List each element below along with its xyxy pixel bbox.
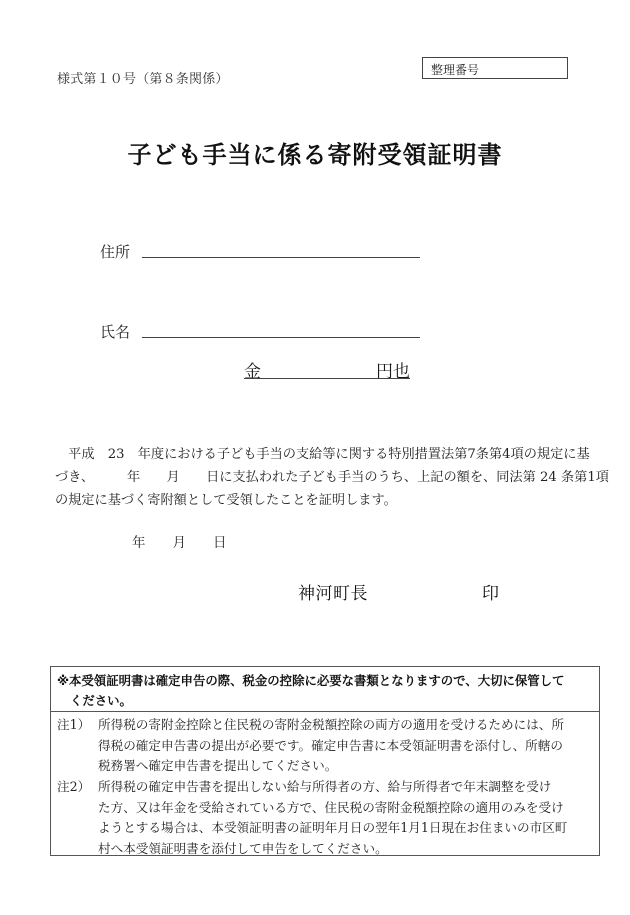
certification-text-line: 平成 23 年度における子ども手当の支給等に関する特別措置法第7条第4項の規定に…: [55, 443, 590, 462]
certification-text-line: の規定に基づく寄附額として受領したことを証明します。: [55, 489, 397, 508]
name-field[interactable]: [142, 337, 420, 338]
note-line: 村へ本受領証明書を添付して申告をしてください。: [98, 839, 567, 860]
note-label: 注2）: [57, 777, 90, 798]
notice-heading: ※本受領証明書は確定申告の際、税金の控除に必要な書類となりますので、大切に保管し…: [57, 671, 564, 710]
address-field[interactable]: [142, 257, 420, 258]
address-label: 住所: [100, 241, 130, 262]
note-label: 注1）: [57, 715, 90, 736]
notice-divider: [51, 711, 599, 712]
note-line: 得税の確定申告書の提出が必要です。確定申告書に本受領証明書を添付し、所轄の: [98, 736, 564, 757]
note-line: ようとする場合は、本受領証明書の証明年月日の翌年1月1日現在お住まいの市区町: [98, 818, 567, 839]
document-title: 子ども手当に係る寄附受領証明書: [0, 135, 630, 170]
issuer-title: 神河町長: [298, 579, 368, 604]
reference-number-box[interactable]: 整理番号: [422, 57, 568, 79]
note-body: 所得税の確定申告書を提出しない給与所得者の方、給与所得者で年末調整を受け た方、…: [98, 777, 567, 859]
note-body: 所得税の寄附金控除と住民税の寄附金税額控除の両方の適用を受けるためには、所 得税…: [98, 715, 564, 777]
certification-date: 年 月 日: [132, 531, 227, 551]
amount-suffix: 円也: [376, 357, 410, 382]
notice-box: ※本受領証明書は確定申告の際、税金の控除に必要な書類となりますので、大切に保管し…: [50, 666, 600, 856]
seal-mark: 印: [482, 579, 499, 604]
note-line: 税務署へ確定申告書を提出してください。: [98, 756, 564, 777]
name-label: 氏名: [100, 321, 130, 342]
amount-prefix: 金: [244, 357, 261, 382]
form-number: 様式第１０号（第８条関係）: [57, 68, 229, 87]
note-line: 所得税の確定申告書を提出しない給与所得者の方、給与所得者で年末調整を受け: [98, 777, 567, 798]
donation-amount-field[interactable]: 金 円也: [244, 357, 410, 379]
reference-number-label: 整理番号: [431, 61, 479, 78]
note-line: 所得税の寄附金控除と住民税の寄附金税額控除の両方の適用を受けるためには、所: [98, 715, 564, 736]
notice-heading-line: ※本受領証明書は確定申告の際、税金の控除に必要な書類となりますので、大切に保管し…: [57, 671, 564, 691]
notice-heading-line: ください。: [57, 691, 564, 711]
certification-text-line: づき、 年 月 日に支払われた子ども手当のうち、上記の額を、同法第 24 条第1…: [55, 466, 609, 485]
note-line: た方、又は年金を受給されている方で、住民税の寄附金税額控除の適用のみを受け: [98, 798, 567, 819]
